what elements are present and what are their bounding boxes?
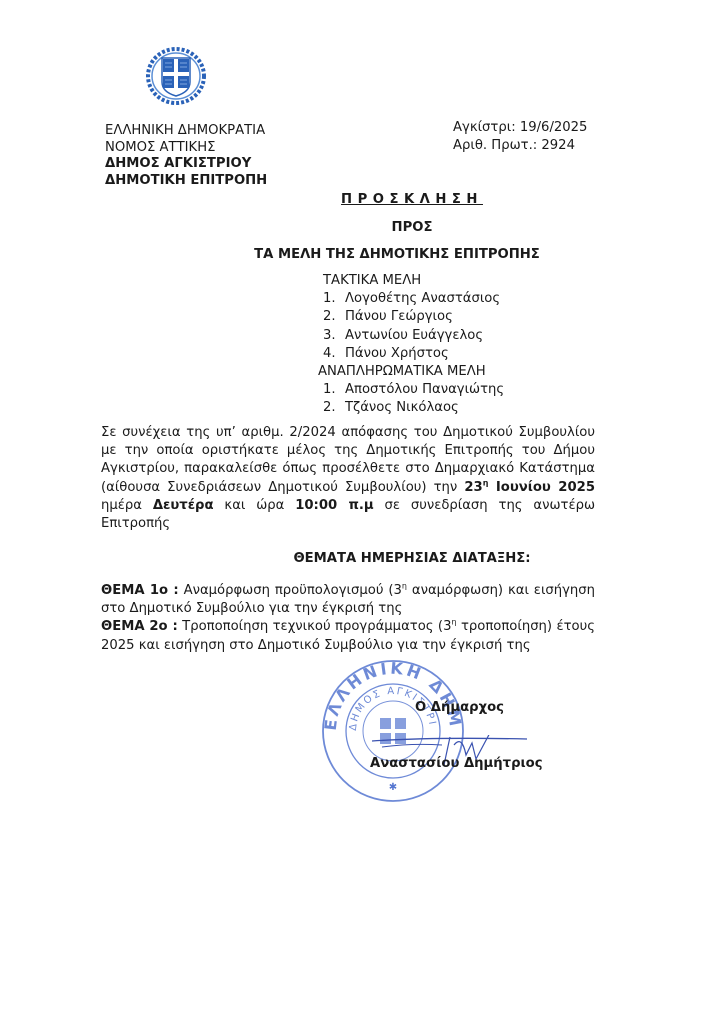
place-date: Αγκίστρι: 19/6/2025 xyxy=(453,119,587,137)
item-number: 1. xyxy=(323,290,345,308)
list-item: 1.Αποστόλου Παναγιώτης xyxy=(318,381,504,399)
members-list: ΤΑΚΤΙΚΑ ΜΕΛΗ 1.Λογοθέτης Αναστάσιος 2.Πά… xyxy=(318,272,504,418)
document-meta: Αγκίστρι: 19/6/2025 Αριθ. Πρωτ.: 2924 xyxy=(453,119,587,155)
member-name: Πάνου Γεώργιος xyxy=(345,309,453,324)
item-number: 4. xyxy=(323,345,345,363)
document-title: ΠΡΟΣΚΛΗΣΗ xyxy=(0,192,724,207)
list-item: 3.Αντωνίου Ευάγγελος xyxy=(318,327,504,345)
issuer-country: ΕΛΛΗΝΙΚΗ ΔΗΜΟΚΡΑΤΙΑ xyxy=(105,123,267,140)
list-item: 1.Λογοθέτης Αναστάσιος xyxy=(318,290,504,308)
greek-coat-of-arms-icon xyxy=(144,46,208,106)
svg-text:✱: ✱ xyxy=(389,782,397,793)
agenda-heading: ΘΕΜΑΤΑ ΗΜΕΡΗΣΙΑΣ ΔΙΑΤΑΞΗΣ: xyxy=(0,551,724,566)
agenda-item: ΘΕΜΑ 1ο : Αναμόρφωση προϋπολογισμού (3η … xyxy=(101,582,595,618)
meeting-day: 23 xyxy=(464,480,482,495)
agenda-item-text: Αναμόρφωση προϋπολογισμού (3 xyxy=(179,583,402,598)
member-name: Τζάνος Νικόλαος xyxy=(345,400,459,415)
meeting-month-year: Ιουνίου 2025 xyxy=(488,480,595,495)
member-name: Λογοθέτης Αναστάσιος xyxy=(345,291,500,306)
item-number: 2. xyxy=(323,308,345,326)
meeting-time: 10:00 π.μ xyxy=(295,498,373,513)
regular-members-heading: ΤΑΚΤΙΚΑ ΜΕΛΗ xyxy=(318,272,504,290)
list-item: 2.Τζάνος Νικόλαος xyxy=(318,399,504,417)
item-number: 3. xyxy=(323,327,345,345)
list-item: 4.Πάνου Χρήστος xyxy=(318,345,504,363)
meeting-date: 23η Ιουνίου 2025 xyxy=(464,480,595,495)
recipients: ΤΑ ΜΕΛΗ ΤΗΣ ΔΗΜΟΤΙΚΗΣ ΕΠΙΤΡΟΠΗΣ xyxy=(0,247,724,262)
document-title-text: ΠΡΟΣΚΛΗΣΗ xyxy=(241,192,483,207)
signatory-title: Ο Δήμαρχος xyxy=(415,700,504,715)
body-text: και ώρα xyxy=(214,498,296,513)
issuer-prefecture: ΝΟΜΟΣ ΑΤΤΙΚΗΣ xyxy=(105,140,267,157)
agenda-item-label: ΘΕΜΑ 1ο : xyxy=(101,583,179,598)
substitute-members-heading: ΑΝΑΠΛΗΡΩΜΑΤΙΚΑ ΜΕΛΗ xyxy=(318,363,504,381)
agenda-list: ΘΕΜΑ 1ο : Αναμόρφωση προϋπολογισμού (3η … xyxy=(101,582,595,655)
official-stamp-icon: ΕΛΛΗΝΙΚΗ ΔΗΜΟΚΡΑΤΙΑ ΔΗΜΟΣ ΑΓΚΙΣΤΡΙΟΥ ✱ xyxy=(318,656,468,806)
invitation-paragraph: Σε συνέχεια της υπ’ αριθμ. 2/2024 απόφασ… xyxy=(101,424,595,533)
item-number: 2. xyxy=(323,399,345,417)
agenda-item: ΘΕΜΑ 2ο : Τροποποίηση τεχνικού προγράμμα… xyxy=(101,618,595,654)
signatory-name: Αναστασίου Δημήτριος xyxy=(370,756,543,771)
member-name: Αποστόλου Παναγιώτης xyxy=(345,382,504,397)
body-text: ημέρα xyxy=(101,498,153,513)
agenda-item-label: ΘΕΜΑ 2ο : xyxy=(101,619,178,634)
issuer-municipality: ΔΗΜΟΣ ΑΓΚΙΣΤΡΙΟΥ xyxy=(105,156,267,173)
list-item: 2.Πάνου Γεώργιος xyxy=(318,308,504,326)
item-number: 1. xyxy=(323,381,345,399)
issuer-committee: ΔΗΜΟΤΙΚΗ ΕΠΙΤΡΟΠΗ xyxy=(105,173,267,190)
to-label: ΠΡΟΣ xyxy=(0,220,724,235)
member-name: Αντωνίου Ευάγγελος xyxy=(345,328,483,343)
member-name: Πάνου Χρήστος xyxy=(345,346,449,361)
issuer-block: ΕΛΛΗΝΙΚΗ ΔΗΜΟΚΡΑΤΙΑ ΝΟΜΟΣ ΑΤΤΙΚΗΣ ΔΗΜΟΣ … xyxy=(105,123,267,189)
agenda-item-text: Τροποποίηση τεχνικού προγράμματος (3 xyxy=(178,619,452,634)
protocol-number: Αριθ. Πρωτ.: 2924 xyxy=(453,137,587,155)
meeting-weekday: Δευτέρα xyxy=(153,498,214,513)
